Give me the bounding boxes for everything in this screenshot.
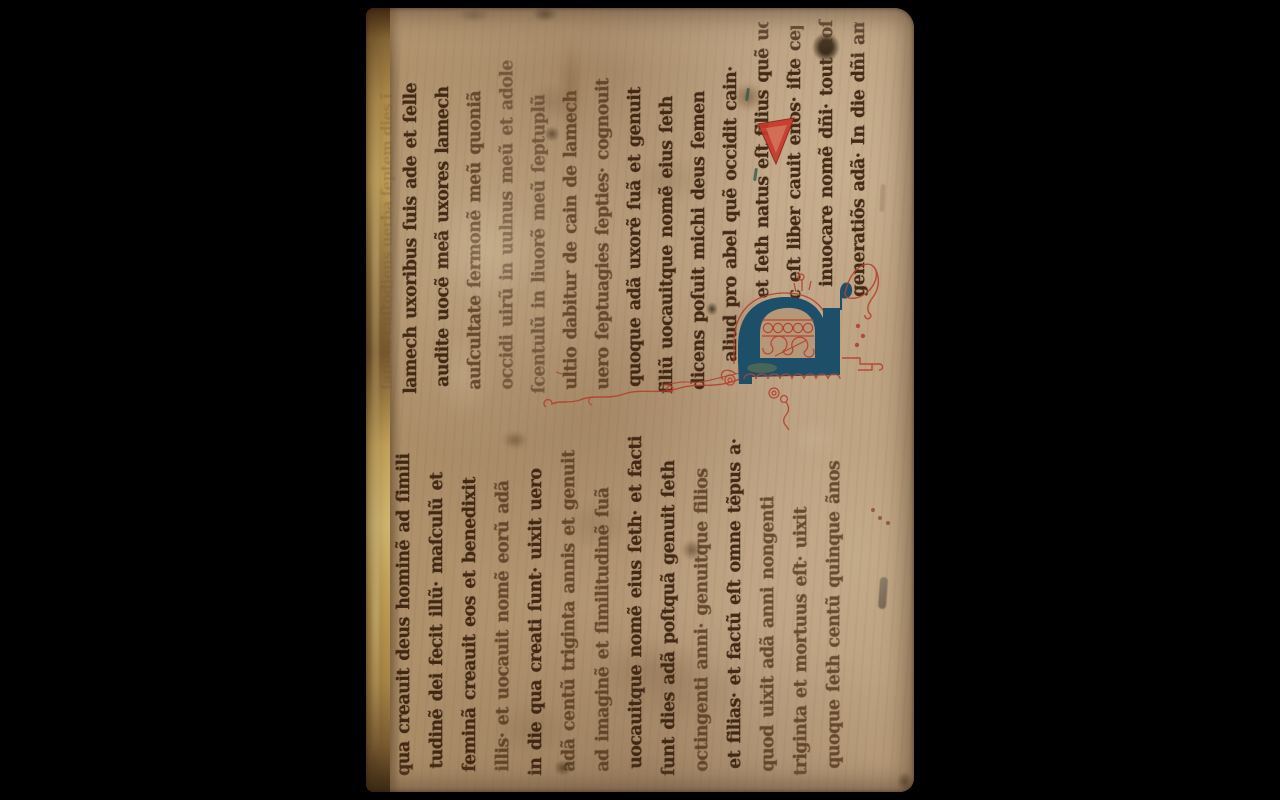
manuscript-line: adã centũ triginta annis et genuit bbox=[553, 424, 586, 772]
text-block-bottom: qua creauit deus hominẽ ad ſimilitudinẽ … bbox=[388, 424, 852, 772]
manuscript-line: quod uixit adã anni nongenti bbox=[752, 424, 785, 772]
manuscript-line: et filias· et factũ eſt omne tẽpus a· bbox=[719, 421, 752, 769]
manuscript-line: audite uocẽ meã uxores lamech bbox=[427, 19, 459, 387]
photo-stage: lamech uxoribus ſuis ade et ſelleaudite … bbox=[0, 0, 1280, 800]
illuminated-initial-icon bbox=[520, 252, 890, 430]
manuscript-line: octingenti anni· genuitque filios bbox=[686, 424, 719, 772]
manuscript-line: feminã creauit eos et benedixit bbox=[454, 424, 487, 772]
manuscript-line: uocauitque nomẽ eius ſeth· et facti bbox=[620, 421, 653, 769]
manuscript-line: in die qua creati ſunt· uixit uero bbox=[520, 428, 553, 776]
manuscript-line: occidi uirũ in uulnus meũ et adole bbox=[491, 22, 523, 390]
manuscript-line: ad imaginẽ et ſimilitudinẽ ſuã bbox=[587, 424, 620, 772]
corner-spot bbox=[897, 772, 913, 792]
margin-scratch bbox=[879, 184, 885, 212]
red-triangle-mark-icon bbox=[757, 117, 795, 165]
manuscript-line: qua creauit deus hominẽ ad ſimili bbox=[388, 428, 421, 776]
spine-text-line: ſancta cuſtodiens uerba ſeptem dies ĩ bbox=[378, 60, 396, 390]
manuscript-line: auſcultate ſermonẽ meũ quoniã bbox=[459, 22, 491, 390]
margin-scratch bbox=[878, 577, 888, 609]
red-speck bbox=[878, 516, 882, 520]
manuscript-line: illis· et uocauit nomẽ eorũ adã bbox=[487, 424, 520, 772]
red-speck bbox=[886, 521, 890, 525]
manuscript-line: tudinẽ dei fecit illũ· maſculũ et bbox=[421, 421, 454, 769]
manuscript-line: lamech uxoribus ſuis ade et ſelle bbox=[395, 26, 427, 394]
manuscript-line: quoque ſeth centũ quinque ãnos bbox=[818, 421, 851, 769]
manuscript-line: triginta et mortuus eſt· uixit bbox=[785, 428, 818, 776]
manuscript-line: ſunt dies adã poſtquã genuit ſeth bbox=[653, 428, 686, 776]
red-speck bbox=[871, 508, 875, 512]
manuscript-leaf: lamech uxoribus ſuis ade et ſelleaudite … bbox=[366, 8, 914, 792]
